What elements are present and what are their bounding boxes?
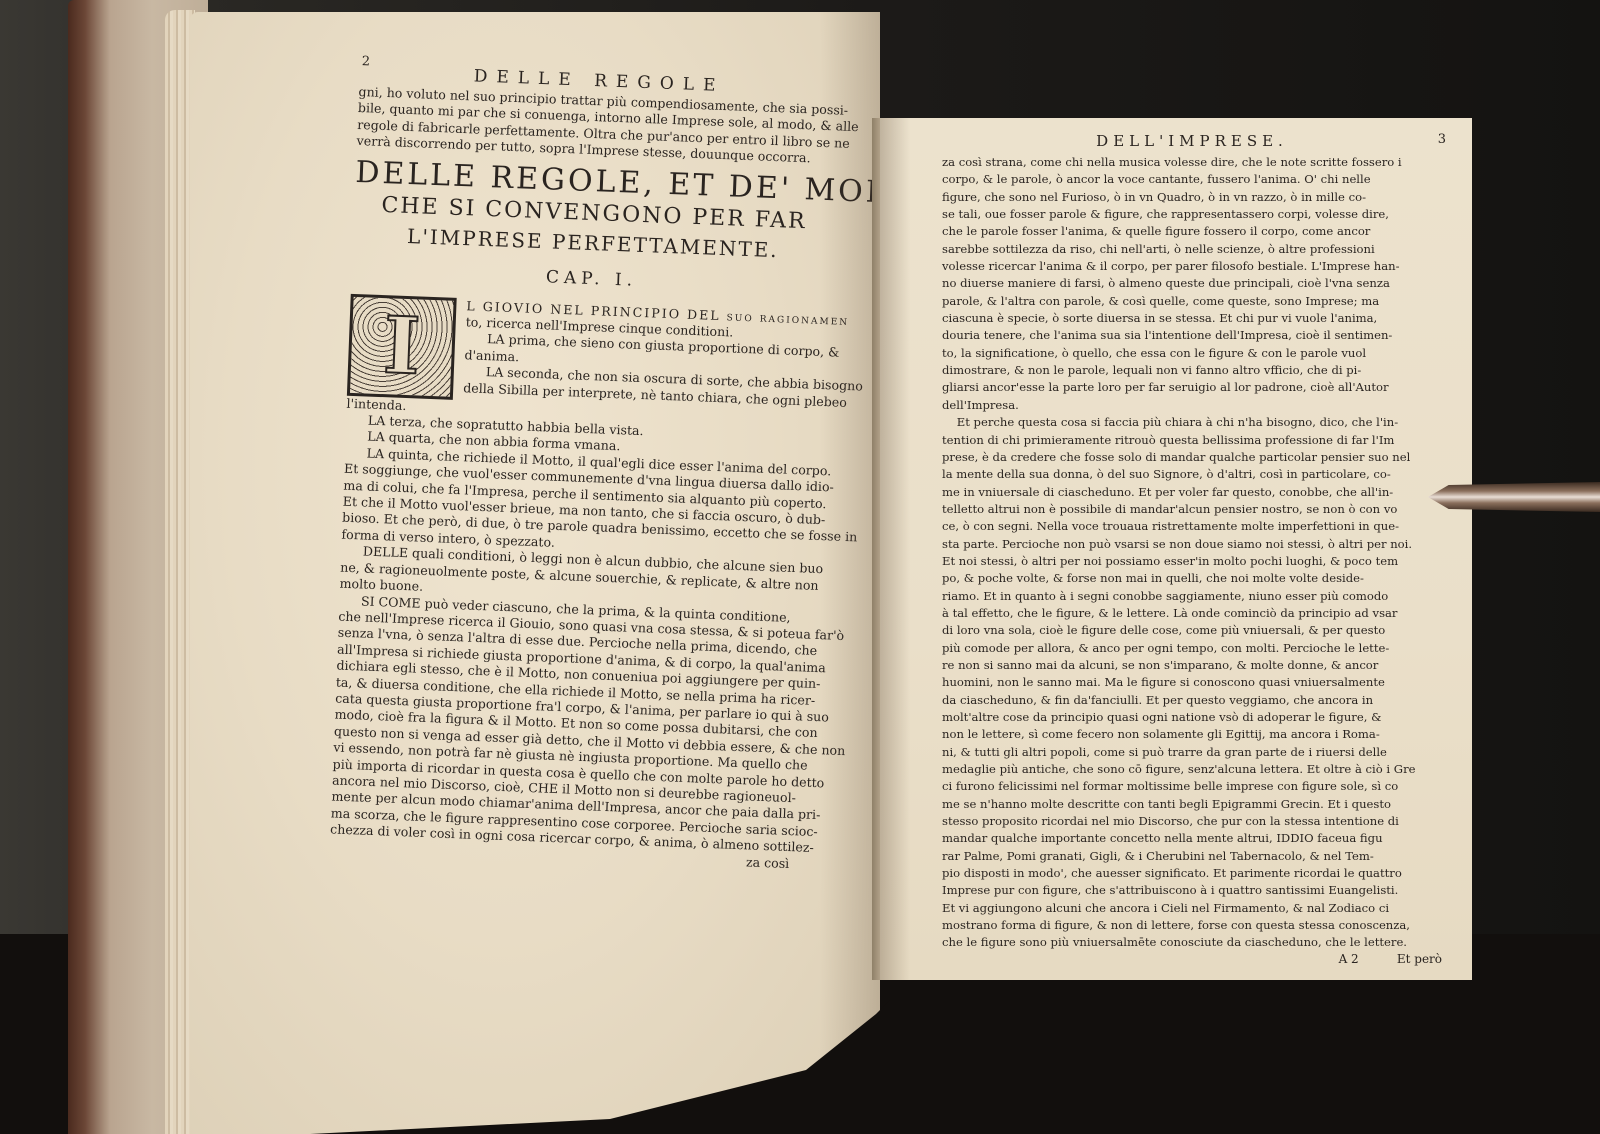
text-line: figure, che sono nel Furioso, ò in vn Qu… <box>942 189 1442 206</box>
right-page: DELL'IMPRESE. 3 za così strana, come chi… <box>880 118 1472 980</box>
text-line: di loro vna sola, cioè le figure delle c… <box>942 622 1442 639</box>
text-line: ci furono felicissimi nel formar moltiss… <box>942 778 1442 795</box>
right-page-text: DELL'IMPRESE. 3 za così strana, come chi… <box>942 132 1442 966</box>
left-page: 2 DELLE REGOLE gni, ho voluto nel suo pr… <box>190 12 880 1134</box>
text-line: molt'altre cose da principio quasi ogni … <box>942 709 1442 726</box>
text-line: che le figure sono più vniuersalmēte con… <box>942 934 1442 951</box>
text-line: po, & poche volte, & forse non mai in qu… <box>942 570 1442 587</box>
text-line: za così strana, come chi nella musica vo… <box>942 154 1442 171</box>
text-line: parole, & l'altra con parole, & così que… <box>942 293 1442 310</box>
text-line: mostrano forma di figure, & non di lette… <box>942 917 1442 934</box>
text-line: tention di chi primieramente ritrouò que… <box>942 432 1442 449</box>
text-line: dell'Impresa. <box>942 397 1442 414</box>
text-line: douria tenere, che l'anima sua sia l'int… <box>942 327 1442 344</box>
text-line: Et vi aggiungono alcuni che ancora i Cie… <box>942 900 1442 917</box>
text-line: ni, & tutti gli altri popoli, come si pu… <box>942 744 1442 761</box>
text-line: stesso proposito ricordai nel mio Discor… <box>942 813 1442 830</box>
chapter-number: CAP. I. <box>351 259 831 297</box>
text-line: volesse ricercar l'anima & il corpo, per… <box>942 258 1442 275</box>
text-line: rar Palme, Pomi granati, Gigli, & i Cher… <box>942 848 1442 865</box>
text-line: da ciascheduno, & fin da'fanciulli. Et p… <box>942 692 1442 709</box>
text-line: to, la significatione, ò quello, che ess… <box>942 345 1442 362</box>
page-number-left: 2 <box>361 54 370 69</box>
text-line: non le lettere, sì come fecero non solam… <box>942 726 1442 743</box>
text-line: dimostrare, & non le parole, lequali non… <box>942 362 1442 379</box>
text-line: che le parole fosser l'anima, & quelle f… <box>942 223 1442 240</box>
metal-pointer-icon <box>1428 482 1600 512</box>
catchword-right: Et però <box>1397 952 1442 966</box>
running-head-right-text: DELL'IMPRESE. <box>1096 132 1288 150</box>
opening-paragraph: I L GIOVIO NEL PRINCIPIO DEL suo ragiona… <box>347 293 831 413</box>
text-line: huomini, non le sanno mai. Ma le figure … <box>942 674 1442 691</box>
text-line: gliarsi ancor'esse la parte loro per far… <box>942 379 1442 396</box>
left-page-text: 2 DELLE REGOLE gni, ho voluto nel suo pr… <box>329 54 839 873</box>
text-line: corpo, & le parole, ò ancor la voce cant… <box>942 171 1442 188</box>
text-line: se tali, oue fosser parole & figure, che… <box>942 206 1442 223</box>
text-line: à tal effetto, che le figure, & le lette… <box>942 605 1442 622</box>
signature-mark: A 2 <box>1339 952 1359 966</box>
text-line: Et perche questa cosa si faccia più chia… <box>942 414 1442 431</box>
text-line: telletto altrui non è possibile di manda… <box>942 501 1442 518</box>
page-footer: A 2 Et però <box>942 952 1442 966</box>
text-line: Imprese pur con figure, che s'attribuisc… <box>942 882 1442 899</box>
text-line: re non si sanno mai da alcuni, se non s'… <box>942 657 1442 674</box>
page-number-right: 3 <box>1438 132 1446 147</box>
running-head-right: DELL'IMPRESE. 3 <box>942 132 1442 150</box>
text-line: me in vniuersale di ciascheduno. Et per … <box>942 484 1442 501</box>
text-line: pio disposti in modo', che auesser signi… <box>942 865 1442 882</box>
text-line: più comode per allora, & anco per ogni t… <box>942 640 1442 657</box>
body-text: l'intenda. LA terza, che sopratutto habb… <box>329 395 826 872</box>
text-line: prese, è da credere che fosse solo di ma… <box>942 449 1442 466</box>
text-line: sarebbe sottilezza da riso, chi nell'art… <box>942 241 1442 258</box>
text-line: la mente della sua donna, ò del suo Sign… <box>942 466 1442 483</box>
text-line: riamo. Et in quanto à i segni conobbe sa… <box>942 588 1442 605</box>
text-line: Et noi stessi, ò altri per noi possiamo … <box>942 553 1442 570</box>
text-line: ciascuna è specie, ò sorte diuersa in se… <box>942 310 1442 327</box>
decorated-initial: I <box>347 293 457 399</box>
text-line: ce, ò con segni. Nella voce trouaua rist… <box>942 518 1442 535</box>
text-line: medaglie più antiche, che sono cō figure… <box>942 761 1442 778</box>
initial-letter: I <box>382 307 421 386</box>
text-line: mandar qualche importante concetto nella… <box>942 830 1442 847</box>
text-line: sta parte. Percioche non può vsarsi se n… <box>942 536 1442 553</box>
text-line: no diuerse maniere di farsi, ò almeno qu… <box>942 275 1442 292</box>
text-line: me se n'hanno molte descritte con tanti … <box>942 796 1442 813</box>
